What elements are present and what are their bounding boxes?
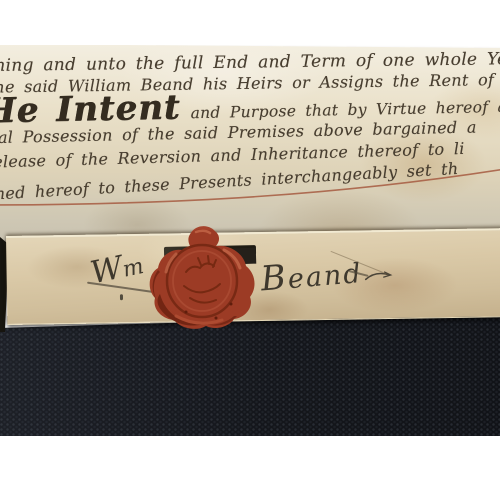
parchment-document: rning and unto the full End and Term of … (0, 44, 500, 252)
white-matte-bottom (0, 436, 500, 500)
white-matte-top (0, 0, 500, 45)
red-wax-seal (146, 224, 262, 330)
photo-frame: rning and unto the full End and Term of … (0, 0, 500, 500)
signature-dot (120, 294, 123, 300)
